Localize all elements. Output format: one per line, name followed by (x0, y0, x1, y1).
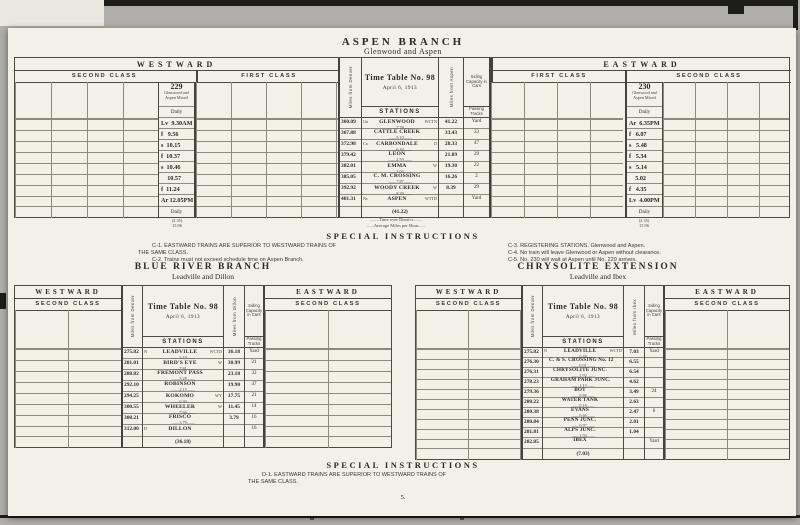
miles-from-denver-column: Miles from Denver 275.82276.30276.31278.… (521, 286, 543, 459)
empty-train-columns (15, 206, 158, 218)
train-time: f 6.07 (627, 129, 662, 140)
branch-total-miles: (36.18) (143, 436, 223, 447)
instruction-d1: D-1. EASTWARD TRAINS ARE SUPERIOR TO WES… (248, 472, 578, 479)
milepost: 312.00 (123, 425, 142, 436)
empty-train-columns (265, 310, 391, 348)
station-facility-code: W (422, 163, 437, 168)
station-facility-code: WCTN (422, 119, 437, 124)
station-name: ASPEN (372, 197, 422, 203)
station-rows: Gn GLENWOOD WCTN 7.79 CATTLE CREEK 5.10 (362, 118, 438, 206)
train-time: f 11.24 (159, 184, 194, 195)
milepost: 367.88 (340, 129, 361, 140)
milepost: 300.55 (123, 403, 142, 414)
special-instructions-d-heading: SPECIAL INSTRUCTIONS (258, 460, 548, 470)
train-time: f 4.35 (627, 184, 662, 195)
timetable-date: April 6, 1913 (383, 85, 417, 91)
empty-train-columns (665, 348, 789, 449)
miles-from-terminal (624, 438, 644, 448)
eastward-label: EASTWARD (603, 60, 680, 69)
station-row: FREMONT PASS 3.28 (143, 370, 223, 381)
station-call-letters: N (544, 348, 553, 353)
train-229-averages: (2.35) 15.96 (157, 218, 197, 228)
stations-header: STATIONS (543, 337, 623, 348)
milepost: 278.23 (523, 378, 542, 388)
empty-train-columns (265, 348, 391, 437)
miles-from-cells: 7.036.556.544.623.492.632.472.011.04 (624, 348, 644, 448)
milepost: 276.31 (523, 368, 542, 378)
siding-cells: Yard23472922229Yard (464, 118, 489, 206)
second-class-label: SECOND CLASS (295, 301, 360, 307)
station-row: CATTLE CREEK 5.10 (362, 129, 438, 140)
westward-label: WESTWARD (436, 288, 502, 296)
siding-capacity-value (645, 378, 663, 388)
milepost: 294.25 (123, 392, 142, 403)
westward-label: WESTWARD (137, 60, 217, 69)
station-row: C. M. CROSSING 7.87 (362, 173, 438, 184)
passing-tracks-label: Passing Tracks (245, 337, 263, 348)
station-row: WHEELER W 7.66 (143, 403, 223, 414)
siding-capacity-value: 2 (464, 173, 489, 184)
milepost: 382.01 (340, 162, 361, 173)
siding-capacity-value: Yard (645, 438, 663, 448)
siding-capacity-value: 21 (245, 392, 263, 403)
milepost: 280.84 (523, 418, 542, 428)
siding-capacity-value: 47 (245, 381, 263, 392)
train-230-averages: (2.35) 15.96 (624, 218, 664, 228)
siding-capacity-value: 6 (645, 408, 663, 418)
scan-speck (460, 518, 464, 520)
mile-cells: 275.82281.01288.82292.10294.25300.55308.… (123, 348, 142, 436)
milepost: 360.09 (340, 118, 361, 129)
siding-capacity-value: Yard (464, 195, 489, 206)
empty-train-columns (491, 82, 623, 118)
miles-from-terminal: 36.18 (224, 348, 244, 359)
timetable-number: Time Table No. 98 (365, 73, 436, 82)
station-rows: N LEADVILLE WCTD 5.19 BIRD'S EYE W 7.81 (143, 348, 223, 436)
empty-train-columns (663, 82, 789, 118)
milepost: 372.98 (340, 140, 361, 151)
stations-column: Time Table No. 98 April 6, 1913 STATIONS… (143, 286, 223, 447)
miles-from-terminal: 6.55 (624, 358, 644, 368)
miles-from-terminal: 2.47 (624, 408, 644, 418)
siding-cells: Yard21324721141616 (245, 348, 263, 436)
station-row: WOODY CREEK W 8.39 (362, 184, 438, 195)
station-name: IBEX (553, 438, 607, 444)
special-instructions-d: D-1. EASTWARD TRAINS ARE SUPERIOR TO WES… (248, 472, 578, 486)
miles-from-terminal: 2.01 (624, 418, 644, 428)
miles-from-terminal: 19.30 (439, 162, 463, 173)
miles-from-terminal: 3.79 (224, 414, 244, 425)
instruction-c4: C-4. No train will leave Glenwood or Asp… (508, 250, 788, 257)
miles-from-denver-label: Miles from Denver (348, 66, 353, 108)
siding-capacity-label: Siding Capacity in Cars (645, 286, 663, 337)
milepost: 280.38 (523, 408, 542, 418)
miles-from-terminal: 2.63 (624, 398, 644, 408)
scan-right-mark (793, 0, 798, 30)
chrysolite-subtitle: Leadville and Ibex (463, 272, 733, 281)
scan-corner-light (0, 0, 104, 26)
milepost: 275.82 (523, 348, 542, 358)
timetable-number: Time Table No. 98 (548, 302, 619, 311)
train-time: f 9.56 (159, 129, 194, 140)
station-row: N LEADVILLE WCTD 5.19 (143, 348, 223, 359)
blue-river-title: BLUE RIVER BRANCH (68, 262, 338, 272)
station-row: ROBINSON 2.15 (143, 381, 223, 392)
siding-capacity-column: Siding Capacity in Cars Passing Tracks Y… (245, 286, 265, 447)
station-facility-code: W (207, 404, 222, 409)
miles-from-terminal: 3.49 (624, 388, 644, 398)
miles-from-dillon-column: Miles from Dillon 36.1830.9923.1819.9017… (223, 286, 245, 447)
siding-capacity-value: 16 (245, 414, 263, 425)
timetable-date: April 6, 1913 (166, 314, 200, 320)
milepost: 282.85 (523, 438, 542, 448)
timetable-page: ASPEN BRANCH Glenwood and Aspen WESTWARD… (8, 28, 796, 516)
passing-tracks-label: Passing Tracks (645, 337, 663, 348)
train-229-column: 229 Glenwood and Aspen Mixed Daily Lv 9.… (158, 82, 196, 217)
miles-from-cells: 36.1830.9923.1819.9017.7511.453.79 (224, 348, 244, 436)
mile-cells: 360.09367.88372.98379.42382.01385.05392.… (340, 118, 361, 206)
station-facility-code: WTTD (422, 196, 437, 201)
instruction-c1: C-1. EASTWARD TRAINS ARE SUPERIOR TO WES… (138, 243, 473, 250)
train-frequency: Daily (627, 107, 662, 118)
empty-train-columns (416, 448, 521, 460)
miles-from-ibex-label: Miles from Ibex (632, 299, 637, 335)
empty-train-columns (663, 118, 789, 207)
train-230-times: Ar 6.35PMf 6.07s 5.48f 5.34s 5.14 5.02f … (627, 118, 662, 206)
empty-train-columns (665, 448, 789, 460)
stations-header: STATIONS (143, 337, 223, 348)
blue-river-table: WESTWARD SECOND CLASS Miles from Denver … (14, 285, 392, 448)
mile-cells: 275.82276.30276.31278.23279.36280.22280.… (523, 348, 542, 448)
train-frequency: Daily (627, 206, 662, 217)
scanned-timetable-document: ASPEN BRANCH Glenwood and Aspen WESTWARD… (0, 0, 800, 525)
special-instructions-left: C-1. EASTWARD TRAINS ARE SUPERIOR TO WES… (138, 243, 473, 264)
scan-top-mark (728, 5, 744, 14)
empty-train-columns (196, 82, 338, 118)
miles-from-terminal: 30.99 (224, 359, 244, 370)
stations-column: Time Table No. 98 April 6, 1913 STATIONS… (543, 286, 623, 459)
miles-from-denver-label: Miles from Denver (530, 295, 535, 337)
special-instructions-right: C-3. REGISTERING STATIONS. Glenwood and … (508, 243, 788, 264)
station-call-letters: Ns (363, 196, 372, 201)
station-row: D DILLON (143, 425, 223, 436)
miles-from-terminal: 23.18 (224, 370, 244, 381)
train-frequency: Daily (159, 206, 194, 217)
instruction-c1-cont: THE SAME CLASS. (138, 250, 473, 257)
miles-from-terminal (224, 425, 244, 436)
milepost: 281.01 (123, 359, 142, 370)
milepost: 279.36 (523, 388, 542, 398)
chrysolite-title: CHRYSOLITE EXTENSION (463, 262, 733, 272)
train-time: Ar 12.05PM (159, 195, 194, 206)
siding-capacity-label: Siding Capacity in Cars (245, 286, 263, 337)
milepost: 401.31 (340, 195, 361, 206)
siding-capacity-value: 22 (464, 162, 489, 173)
empty-train-columns (15, 82, 158, 118)
miles-from-denver-column: Miles from Denver 275.82281.01288.82292.… (121, 286, 143, 447)
milepost: 392.92 (340, 184, 361, 195)
siding-capacity-value: 29 (464, 151, 489, 162)
station-facility-code: W (422, 185, 437, 190)
milepost: 288.82 (123, 370, 142, 381)
milepost: 276.30 (523, 358, 542, 368)
empty-train-columns (196, 118, 338, 207)
empty-train-columns (265, 436, 391, 448)
train-time: s 10.15 (159, 140, 194, 151)
station-name: DILLON (153, 427, 207, 433)
timetable-date: April 6, 1913 (566, 314, 600, 320)
siding-capacity-value (645, 398, 663, 408)
second-class-label: SECOND CLASS (694, 301, 759, 307)
siding-capacity-value: Yard (245, 348, 263, 359)
eastward-label: EASTWARD (296, 288, 360, 296)
train-time: f 5.34 (627, 151, 662, 162)
blue-river-subtitle: Leadville and Dillon (68, 272, 338, 281)
milepost: 385.05 (340, 173, 361, 184)
second-class-label: SECOND CLASS (72, 73, 137, 79)
chrysolite-table: WESTWARD SECOND CLASS Miles from Denver … (415, 285, 790, 460)
train-time: 10.57 (159, 173, 194, 184)
empty-train-columns (15, 436, 121, 448)
branch-total-miles: (41.22) (362, 206, 438, 217)
averages-leaders: ........Time over District........ .....… (311, 217, 481, 229)
station-facility-code: W (207, 360, 222, 365)
train-time: s 5.14 (627, 162, 662, 173)
miles-from-terminal: 33.43 (439, 129, 463, 140)
train-time: Lv 4.00PM (627, 195, 662, 206)
instruction-c3: C-3. REGISTERING STATIONS. Glenwood and … (508, 243, 788, 250)
station-row: KOKOMO WY 6.30 (143, 392, 223, 403)
milepost: 281.81 (523, 428, 542, 438)
westward-label: WESTWARD (35, 288, 101, 296)
station-call-letters: N (144, 349, 153, 354)
siding-capacity-value: Yard (645, 348, 663, 358)
train-description: Glenwood and Aspen Mixed (161, 91, 193, 100)
miles-from-denver-column: Miles from Denver 360.09367.88372.98379.… (338, 58, 362, 217)
siding-capacity-label: Siding Capacity in Cars (464, 58, 489, 107)
miles-from-aspen-label: Miles from Aspen (449, 67, 454, 107)
empty-train-columns (15, 118, 158, 207)
milepost: 275.82 (123, 348, 142, 359)
miles-from-aspen-column: Miles from Aspen 41.2233.4328.3321.8919.… (438, 58, 464, 217)
siding-capacity-value: 24 (645, 388, 663, 398)
miles-from-dillon-label: Miles from Dillon (232, 297, 237, 336)
station-row: Ca CARBONDALE D 6.44 (362, 140, 438, 151)
train-time: Lv 9.30AM (159, 118, 194, 129)
station-call-letters: Ca (363, 141, 372, 146)
station-row: IBEX (543, 438, 623, 448)
timetable-number: Time Table No. 98 (148, 302, 219, 311)
empty-train-columns (663, 206, 789, 218)
train-frequency: Daily (159, 107, 194, 118)
train-description: Glenwood and Aspen Mixed (629, 91, 661, 100)
eastward-label: EASTWARD (695, 288, 759, 296)
train-229-times: Lv 9.30AMf 9.56s 10.15f 10.37s 10.46 10.… (159, 118, 194, 206)
station-row: LEON 2.59 (362, 151, 438, 162)
empty-train-columns (416, 348, 521, 449)
station-call-letters: D (144, 426, 153, 431)
siding-capacity-column: Siding Capacity in Cars Passing Tracks Y… (464, 58, 491, 217)
branch-total-miles: (7.03) (543, 448, 623, 459)
page-number: 5. (358, 494, 448, 501)
station-row: Gn GLENWOOD WCTN 7.79 (362, 118, 438, 129)
aspen-table: WESTWARD EASTWARD SECOND CLASS FIRST CLA… (14, 57, 790, 218)
miles-from-ibex-column: Miles from Ibex 7.036.556.544.623.492.63… (623, 286, 645, 459)
miles-from-terminal: 1.04 (624, 428, 644, 438)
milepost: 308.21 (123, 414, 142, 425)
siding-capacity-value (645, 428, 663, 438)
train-time: Ar 6.35PM (627, 118, 662, 129)
miles-from-terminal: 4.62 (624, 378, 644, 388)
siding-capacity-value: Yard (464, 118, 489, 129)
empty-train-columns (491, 206, 623, 218)
miles-from-denver-label: Miles from Denver (130, 295, 135, 337)
siding-capacity-column: Siding Capacity in Cars Passing Tracks Y… (645, 286, 665, 459)
empty-train-columns (665, 310, 789, 348)
scan-top-band (104, 0, 796, 6)
miles-from-terminal: 41.22 (439, 118, 463, 129)
aspen-branch-subtitle: Glenwood and Aspen (258, 47, 548, 56)
milepost: 379.42 (340, 151, 361, 162)
station-row: BIRD'S EYE W 7.81 (143, 359, 223, 370)
station-facility-code: WY (207, 393, 222, 398)
empty-train-columns (15, 348, 121, 437)
station-facility-code: WCTD (207, 349, 222, 354)
station-facility-code: WCTD (607, 348, 622, 353)
empty-train-columns (491, 118, 623, 207)
station-call-letters: Gn (363, 119, 372, 124)
siding-capacity-value: 47 (464, 140, 489, 151)
miles-from-terminal: 8.39 (439, 184, 463, 195)
siding-capacity-value: 14 (245, 403, 263, 414)
milepost: 280.22 (523, 398, 542, 408)
empty-train-columns (15, 310, 121, 348)
special-instructions-heading: SPECIAL INSTRUCTIONS (258, 231, 548, 241)
station-rows: N LEADVILLE WCTD 0.48 C. & S. CROSSING N… (543, 348, 623, 448)
average-mph-value: 15.96 (624, 223, 664, 228)
station-row: EMMA W 3.04 (362, 162, 438, 173)
miles-from-terminal: 7.03 (624, 348, 644, 358)
train-time: f 10.37 (159, 151, 194, 162)
stations-header: STATIONS (362, 107, 438, 118)
station-facility-code: D (422, 141, 437, 146)
miles-from-cells: 41.2233.4328.3321.8919.3016.268.39 (439, 118, 463, 206)
first-class-label: FIRST CLASS (531, 73, 587, 79)
milepost: 292.10 (123, 381, 142, 392)
empty-train-columns (416, 310, 521, 348)
station-row: Ns ASPEN WTTD (362, 195, 438, 206)
instruction-d1-cont: THE SAME CLASS. (248, 479, 578, 486)
siding-cells: Yard246Yard (645, 348, 663, 448)
miles-from-terminal: 6.54 (624, 368, 644, 378)
stations-column: Time Table No. 98 April 6, 1913 STATIONS… (362, 58, 438, 217)
passing-tracks-label: Passing Tracks (464, 107, 489, 118)
siding-capacity-value: 21 (245, 359, 263, 370)
siding-capacity-value: 16 (245, 425, 263, 436)
siding-capacity-value: 23 (464, 129, 489, 140)
train-time: 5.02 (627, 173, 662, 184)
siding-capacity-value (645, 368, 663, 378)
siding-capacity-value (645, 418, 663, 428)
miles-from-terminal: 28.33 (439, 140, 463, 151)
scan-left-mark (0, 293, 6, 309)
average-mph-value: 15.96 (157, 223, 197, 228)
average-mph-label: ......Average Miles per Hour...... (311, 223, 481, 229)
second-class-label: SECOND CLASS (35, 301, 100, 307)
siding-capacity-value (645, 358, 663, 368)
first-class-label: FIRST CLASS (241, 73, 297, 79)
siding-capacity-value: 32 (245, 370, 263, 381)
scan-speck (310, 518, 314, 520)
siding-capacity-value: 29 (464, 184, 489, 195)
train-230-column: 230 Glenwood and Aspen Mixed Daily Ar 6.… (625, 82, 663, 217)
miles-from-terminal: 16.26 (439, 173, 463, 184)
second-class-label: SECOND CLASS (676, 73, 741, 79)
miles-from-terminal: 21.89 (439, 151, 463, 162)
miles-from-terminal: 19.90 (224, 381, 244, 392)
miles-from-terminal (439, 195, 463, 206)
second-class-label: SECOND CLASS (436, 301, 501, 307)
train-time: s 5.48 (627, 140, 662, 151)
station-row: FRISCO 3.79 (143, 414, 223, 425)
miles-from-terminal: 11.45 (224, 403, 244, 414)
miles-from-terminal: 17.75 (224, 392, 244, 403)
train-time: s 10.46 (159, 162, 194, 173)
